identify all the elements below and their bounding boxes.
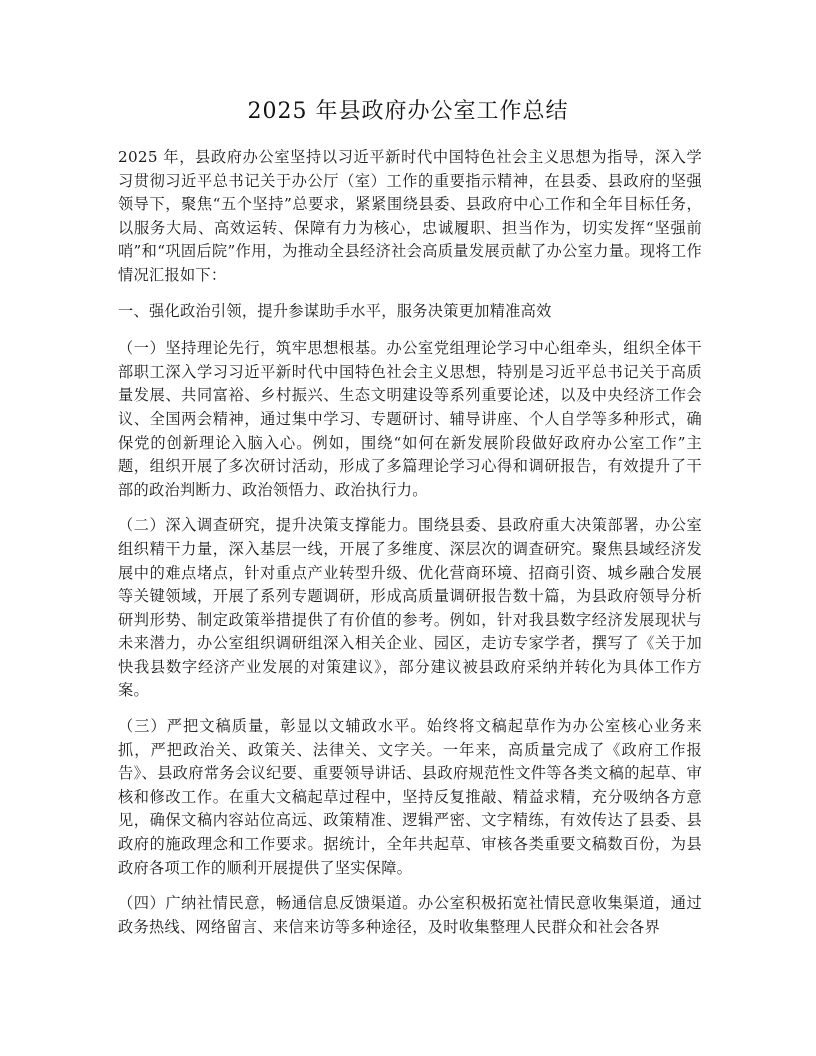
paragraph-document-drafting: （三）严把文稿质量，彰显以文辅政水平。始终将文稿起草作为办公室核心业务来抓，严把…	[118, 715, 702, 880]
paragraph-research: （二）深入调查研究，提升决策支撑能力。围绕县委、县政府重大决策部署，办公室组织精…	[118, 514, 702, 703]
section-heading: 一、强化政治引领，提升参谋助手水平，服务决策更加精准高效	[118, 300, 702, 324]
document-body: 2025 年，县政府办公室坚持以习近平新时代中国特色社会主义思想为指导，深入学习…	[118, 146, 702, 951]
paragraph-theory-study: （一）坚持理论先行，筑牢思想根基。办公室党组理论学习中心组牵头，组织全体干部职工…	[118, 337, 702, 502]
document-title: 2025 年县政府办公室工作总结	[0, 96, 816, 128]
document-page: 2025 年县政府办公室工作总结 2025 年，县政府办公室坚持以习近平新时代中…	[0, 0, 816, 1056]
paragraph-public-opinion: （四）广纳社情民意，畅通信息反馈渠道。办公室积极拓宽社情民意收集渠道，通过政务热…	[118, 892, 702, 939]
intro-paragraph: 2025 年，县政府办公室坚持以习近平新时代中国特色社会主义思想为指导，深入学习…	[118, 146, 702, 288]
